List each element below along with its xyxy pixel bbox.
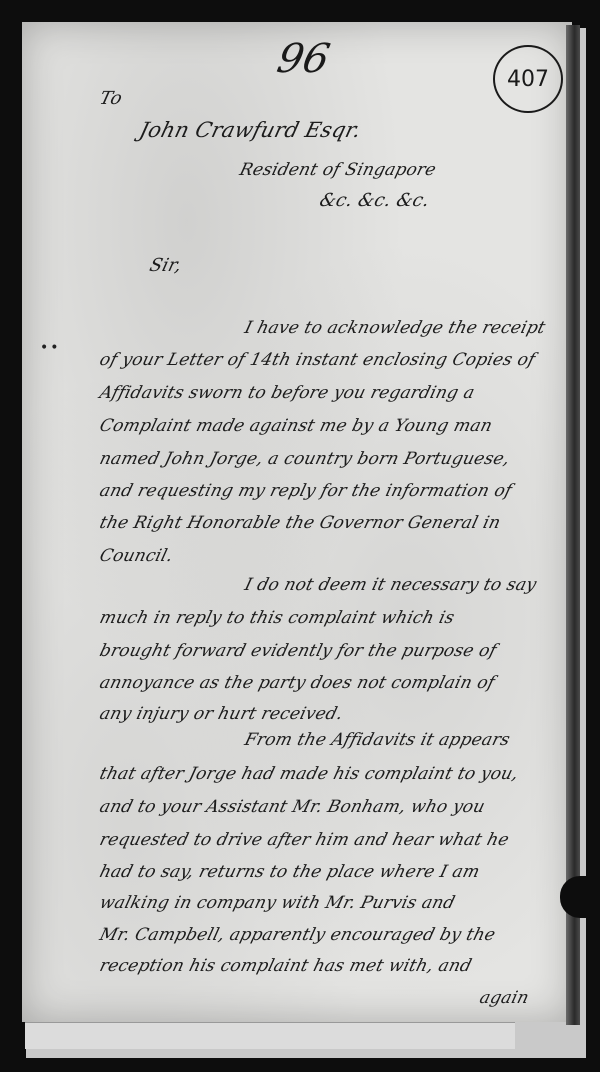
binding-hole — [560, 876, 600, 918]
archive-page-stamp: 407 — [493, 45, 563, 113]
letter-line: had to say, returns to the place where I… — [98, 862, 482, 882]
addressee-etc: &c. &c. &c. — [317, 190, 431, 211]
letter-line: brought forward evidently for the purpos… — [98, 641, 499, 661]
letter-line: and to your Assistant Mr. Bonham, who yo… — [98, 797, 487, 817]
bottom-paper-strip — [25, 1022, 515, 1049]
page-edge-shadow — [566, 25, 580, 1025]
folio-number: 96 — [273, 36, 334, 82]
letter-line: From the Affidavits it appears — [243, 730, 513, 750]
letter-line: much in reply to this complaint which is — [98, 608, 457, 628]
addressee-name: John Crawfurd Esqr. — [137, 118, 364, 142]
letter-line: Council. — [98, 546, 176, 566]
greeting: Sir, — [147, 255, 183, 276]
letter-line: any injury or hurt received. — [98, 704, 346, 724]
letter-line: and requesting my reply for the informat… — [98, 481, 514, 501]
letter-line: of your Letter of 14th instant enclosing… — [98, 350, 538, 370]
letter-line: reception his complaint has met with, an… — [98, 956, 474, 976]
letter-line: I have to acknowledge the receipt — [243, 318, 548, 338]
letter-line: named John Jorge, a country born Portugu… — [98, 449, 512, 469]
letter-line: annoyance as the party does not complain… — [98, 673, 497, 693]
margin-marks: •• — [40, 340, 61, 356]
letter-line: requested to drive after him and hear wh… — [98, 830, 512, 850]
letter-line: the Right Honorable the Governor General… — [98, 513, 503, 533]
letter-line: Mr. Campbell, apparently encouraged by t… — [98, 925, 498, 945]
letter-line: Affidavits sworn to before you regarding… — [98, 383, 477, 403]
addressee-title: Resident of Singapore — [238, 160, 439, 180]
archive-stamp-number: 407 — [507, 67, 549, 92]
letter-line: walking in company with Mr. Purvis and — [98, 893, 458, 913]
letter-line: I do not deem it necessary to say — [243, 575, 539, 595]
letter-line: that after Jorge had made his complaint … — [98, 764, 521, 784]
catchword: again — [478, 988, 532, 1008]
letter-line: Complaint made against me by a Young man — [98, 416, 495, 436]
